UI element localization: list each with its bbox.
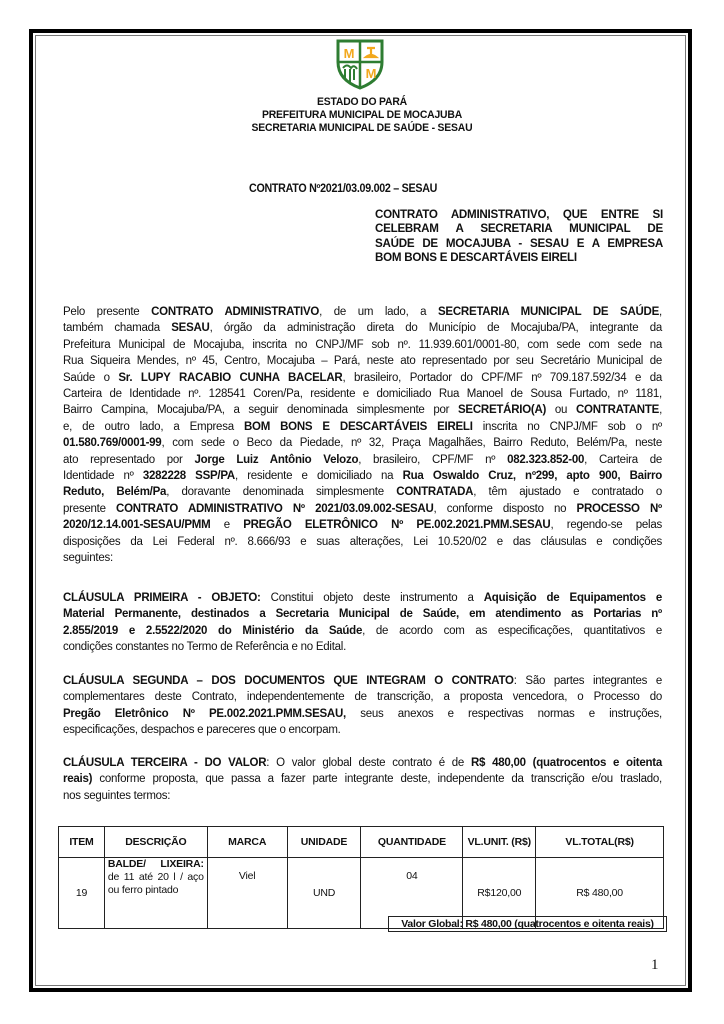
bold-text: 2.855/2019 e 2.5522/2020 do Ministério d… xyxy=(63,625,362,637)
bold-text: 2020/12.14.001-SESAU/PMM xyxy=(63,519,210,531)
text: , residente e domiciliado na xyxy=(235,470,403,482)
text: , xyxy=(659,404,662,416)
text: e xyxy=(210,519,243,531)
bold-text: PREGÃO ELETRÔNICO Nº PE.002.2021.PMM.SES… xyxy=(243,519,550,531)
text: , de um lado, a xyxy=(319,306,438,318)
letterhead-municipality: PREFEITURA MUNICIPAL DE MOCAJUBA xyxy=(29,109,695,122)
text: , brasileiro, CPF/MF nº xyxy=(358,454,507,466)
text: Rua Siqueira Mendes, nº 45, Centro, Moca… xyxy=(63,355,662,367)
text: , conforme disposto no xyxy=(434,503,577,515)
text: ou xyxy=(546,404,576,416)
text: especificações, despachos e pareceres qu… xyxy=(63,724,341,736)
cell-unit: UND xyxy=(287,858,361,929)
bold-text: Sr. LUPY RACABIO CUNHA BACELAR xyxy=(118,372,342,384)
text-line: CLÁUSULA SEGUNDA – DOS DOCUMENTOS QUE IN… xyxy=(63,673,662,689)
text: Bairro Campina, Mocajuba/PA, a seguir de… xyxy=(63,404,458,416)
preamble-paragraph: Pelo presente CONTRATO ADMINISTRATIVO, d… xyxy=(63,304,662,567)
contract-number-title: CONTRATO Nº2021/03.09.002 – SESAU xyxy=(249,183,437,195)
text-line: e, de outro lado, a Empresa BOM BONS E D… xyxy=(63,419,662,435)
text: complementares deste Contrato, independe… xyxy=(63,691,662,703)
text-line: 2020/12.14.001-SESAU/PMM e PREGÃO ELETRÔ… xyxy=(63,517,662,533)
clause-second-documents: CLÁUSULA SEGUNDA – DOS DOCUMENTOS QUE IN… xyxy=(63,673,662,739)
text-line: presente CONTRATO ADMINISTRATIVO Nº 2021… xyxy=(63,501,662,517)
bold-text: CONTRATADA xyxy=(396,486,473,498)
svg-text:M: M xyxy=(344,46,355,61)
text-line: seguintes: xyxy=(63,550,662,566)
text-line: Carteira de Identidade nº. 128541 Coren/… xyxy=(63,386,662,402)
text: , xyxy=(659,306,662,318)
bold-text: Aquisição de Equipamentos e xyxy=(484,592,662,604)
text: Saúde o xyxy=(63,372,118,384)
text-line: condições constantes no Termo de Referên… xyxy=(63,639,662,655)
text-line: reais) conforme proposta, que passa a fa… xyxy=(63,771,662,787)
text: : São partes integrantes e xyxy=(514,675,662,687)
bold-text: CONTRATANTE xyxy=(576,404,659,416)
text: seus anexos e respectivas normas e instr… xyxy=(346,708,662,720)
bold-text: Reduto, Belém/Pa xyxy=(63,486,166,498)
text: , regendo-se pelas xyxy=(550,519,662,531)
cell-brand: Viel xyxy=(207,858,287,929)
text: , doravante denominada simplesmente xyxy=(166,486,396,498)
bold-text: SECRETARIA MUNICIPAL DE SAÚDE xyxy=(438,306,659,318)
text: , têm ajustado e contratado o xyxy=(473,486,662,498)
text: presente xyxy=(63,503,116,515)
text: inscrita no CNPJ/MF sob o nº xyxy=(473,421,662,433)
bold-text: Rua Oswaldo Cruz, nº299, apto 900, Bairr… xyxy=(403,470,662,482)
text-line: disposições da Lei Federal nº. 8.666/93 … xyxy=(63,534,662,550)
text-line: CLÁUSULA PRIMEIRA - OBJETO: Constitui ob… xyxy=(63,590,662,606)
text: também chamada xyxy=(63,322,171,334)
items-table: ITEM DESCRIÇÃO MARCA UNIDADE QUANTIDADE … xyxy=(58,826,664,929)
description-detail: de 11 até 20 l / aço ou ferro pintado xyxy=(108,871,204,896)
text: nos seguintes termos: xyxy=(63,790,170,802)
text: , Carteira de xyxy=(584,454,662,466)
text: Pelo presente xyxy=(63,306,151,318)
municipal-coat-of-arms-icon: M M xyxy=(335,38,385,90)
text: condições constantes no Termo de Referên… xyxy=(63,641,346,653)
bold-text: PROCESSO Nº xyxy=(577,503,662,515)
summary-line: BOM BONS E DESCARTÁVEIS EIRELI xyxy=(375,251,663,265)
text-line: Reduto, Belém/Pa, doravante denominada s… xyxy=(63,484,662,500)
contract-summary: CONTRATO ADMINISTRATIVO, QUE ENTRE SI CE… xyxy=(375,208,663,265)
bold-text: SESAU xyxy=(171,322,209,334)
clause-first-object: CLÁUSULA PRIMEIRA - OBJETO: Constitui ob… xyxy=(63,590,662,656)
bold-text: CLÁUSULA TERCEIRA - DO VALOR xyxy=(63,757,266,769)
summary-line: CONTRATO ADMINISTRATIVO, QUE ENTRE SI xyxy=(375,208,663,222)
svg-text:M: M xyxy=(366,66,377,81)
bold-text: 01.580.769/0001-99 xyxy=(63,437,161,449)
text-line: nos seguintes termos: xyxy=(63,788,662,804)
header-item: ITEM xyxy=(59,827,105,858)
bold-text: CLÁUSULA PRIMEIRA - OBJETO: xyxy=(63,592,261,604)
header-quantity: QUANTIDADE xyxy=(361,827,463,858)
bold-text: CONTRATO ADMINISTRATIVO xyxy=(151,306,319,318)
text-line: complementares deste Contrato, independe… xyxy=(63,689,662,705)
text-line: Prefeitura Municipal de Mocajuba, inscri… xyxy=(63,337,662,353)
cell-item: 19 xyxy=(59,858,105,929)
bold-text: 3282228 SSP/PA xyxy=(143,470,235,482)
text: Prefeitura Municipal de Mocajuba, inscri… xyxy=(63,339,662,351)
text-line: Identidade nº 3282228 SSP/PA, residente … xyxy=(63,468,662,484)
text: Constitui objeto deste instrumento a xyxy=(261,592,484,604)
bold-text: 082.323.852-00 xyxy=(507,454,584,466)
page-number: 1 xyxy=(651,957,659,974)
text-line: 01.580.769/0001-99, com sede o Beco da P… xyxy=(63,435,662,451)
text-line: CLÁUSULA TERCEIRA - DO VALOR: O valor gl… xyxy=(63,755,662,771)
text: , brasileiro, Portador do CPF/MF nº 709.… xyxy=(342,372,662,384)
text-line: Pelo presente CONTRATO ADMINISTRATIVO, d… xyxy=(63,304,662,320)
bold-text: SECRETÁRIO(A) xyxy=(458,404,546,416)
text: conforme proposta, que passa a fazer par… xyxy=(92,773,662,785)
letterhead: ESTADO DO PARÁ PREFEITURA MUNICIPAL DE M… xyxy=(29,96,695,135)
text-line: também chamada SESAU, órgão da administr… xyxy=(63,320,662,336)
global-value-box: Valor Global: R$ 480,00 (quatrocentos e … xyxy=(388,916,667,932)
text: disposições da Lei Federal nº. 8.666/93 … xyxy=(63,536,662,548)
text-line: 2.855/2019 e 2.5522/2020 do Ministério d… xyxy=(63,623,662,639)
letterhead-secretariat: SECRETARIA MUNICIPAL DE SAÚDE - SESAU xyxy=(29,122,695,135)
header-unit: UNIDADE xyxy=(287,827,361,858)
text: , de acordo com as especificações, quant… xyxy=(362,625,662,637)
text: e, de outro lado, a Empresa xyxy=(63,421,244,433)
bold-text: CLÁUSULA SEGUNDA – DOS DOCUMENTOS QUE IN… xyxy=(63,675,514,687)
header-brand: MARCA xyxy=(207,827,287,858)
summary-line: CELEBRAM A SECRETARIA MUNICIPAL DE xyxy=(375,222,663,236)
bold-text: BOM BONS E DESCARTÁVEIS EIRELI xyxy=(244,421,473,433)
bold-text: Jorge Luiz Antônio Velozo xyxy=(194,454,358,466)
text: , órgão da administração direta do Munic… xyxy=(210,322,662,334)
text: : O valor global deste contrato é de xyxy=(266,757,471,769)
text-line: Bairro Campina, Mocajuba/PA, a seguir de… xyxy=(63,402,662,418)
table-header-row: ITEM DESCRIÇÃO MARCA UNIDADE QUANTIDADE … xyxy=(59,827,664,858)
text-line: Saúde o Sr. LUPY RACABIO CUNHA BACELAR, … xyxy=(63,370,662,386)
bold-text: R$ 480,00 (quatrocentos e oitenta xyxy=(471,757,662,769)
header-unit-price: VL.UNIT. (R$) xyxy=(463,827,536,858)
text: Identidade nº xyxy=(63,470,143,482)
cell-description: BALDE/ LIXEIRA: de 11 até 20 l / aço ou … xyxy=(104,858,207,929)
text-line: Rua Siqueira Mendes, nº 45, Centro, Moca… xyxy=(63,353,662,369)
header-total-price: VL.TOTAL(R$) xyxy=(536,827,664,858)
text-line: especificações, despachos e pareceres qu… xyxy=(63,722,662,738)
description-title: BALDE/ LIXEIRA: xyxy=(108,858,204,870)
clause-third-value: CLÁUSULA TERCEIRA - DO VALOR: O valor gl… xyxy=(63,755,662,804)
text: ato representado por xyxy=(63,454,194,466)
text-line: ato representado por Jorge Luiz Antônio … xyxy=(63,452,662,468)
text-line: Pregão Eletrônico Nº PE.002.2021.PMM.SES… xyxy=(63,706,662,722)
letterhead-state: ESTADO DO PARÁ xyxy=(29,96,695,109)
bold-text: reais) xyxy=(63,773,92,785)
bold-text: CONTRATO ADMINISTRATIVO Nº 2021/03.09.00… xyxy=(116,503,434,515)
bold-text: Material Permanente, destinados a Secret… xyxy=(63,608,662,620)
header-description: DESCRIÇÃO xyxy=(104,827,207,858)
text: seguintes: xyxy=(63,552,113,564)
summary-line: SAÚDE DE MOCAJUBA - SESAU E A EMPRESA xyxy=(375,237,663,251)
text: , com sede o Beco da Piedade, nº 32, Pra… xyxy=(161,437,662,449)
text: Carteira de Identidade nº. 128541 Coren/… xyxy=(63,388,662,400)
bold-text: Pregão Eletrônico Nº PE.002.2021.PMM.SES… xyxy=(63,708,346,720)
text-line: Material Permanente, destinados a Secret… xyxy=(63,606,662,622)
